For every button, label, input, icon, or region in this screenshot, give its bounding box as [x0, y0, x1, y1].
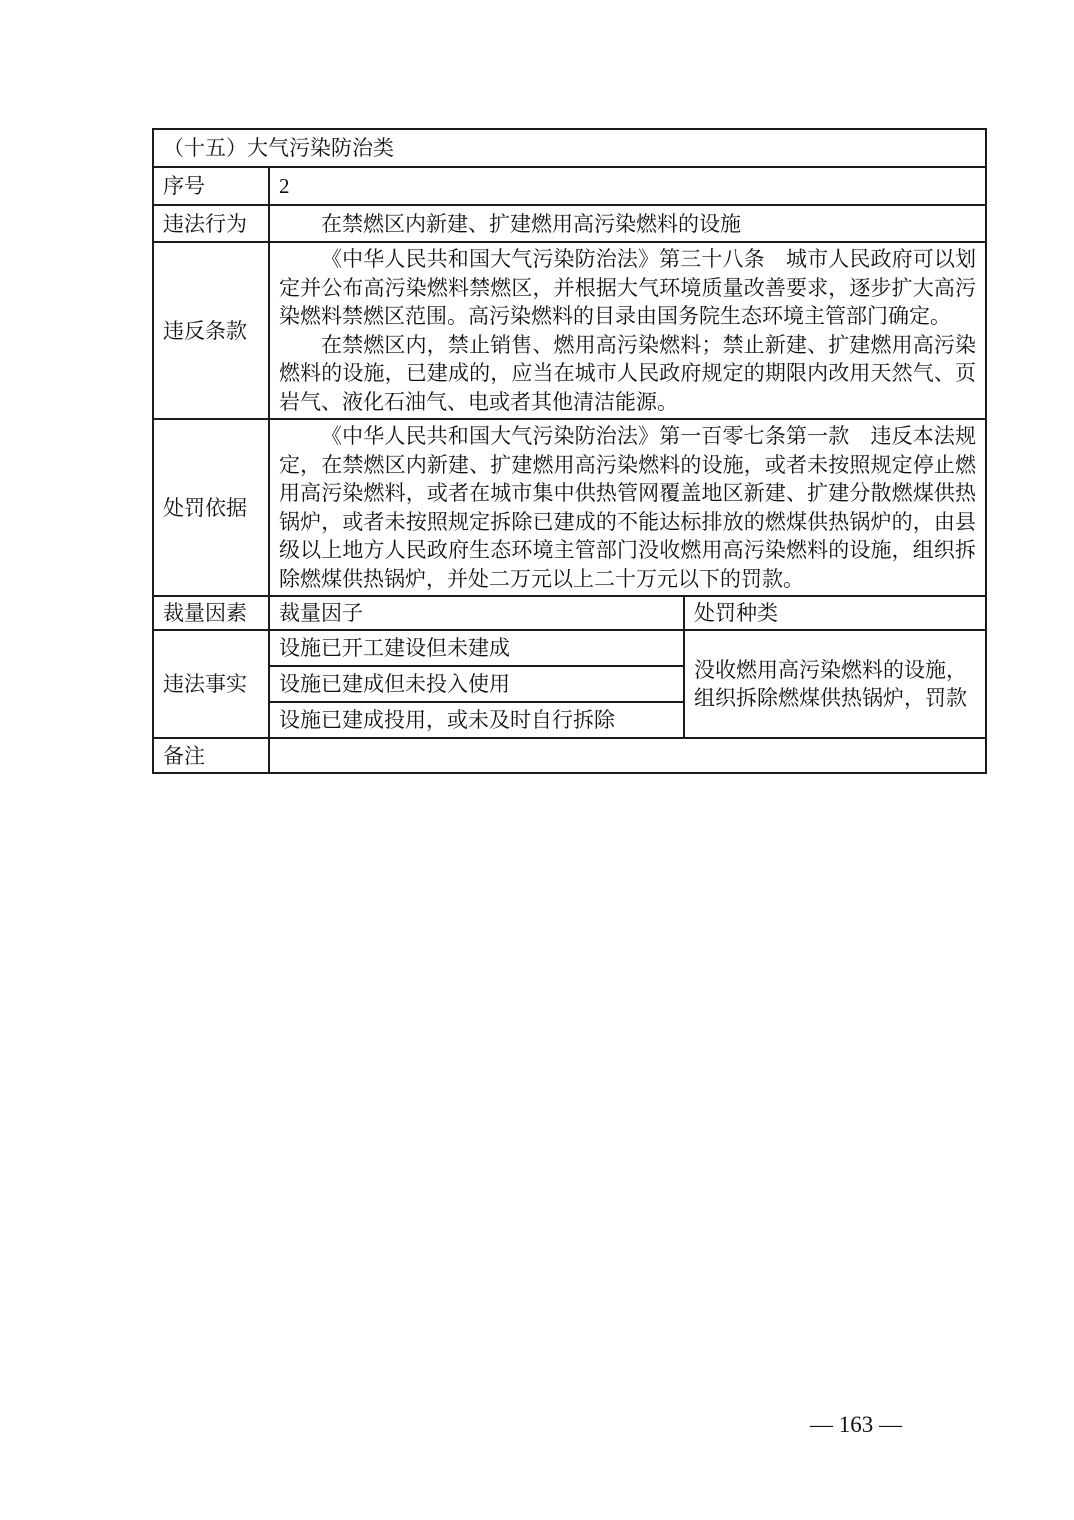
violated-clause-paragraph-2: 在禁燃区内，禁止销售、燃用高污染燃料；禁止新建、扩建燃用高污染燃料的设施，已建成…: [279, 331, 976, 417]
table-row: 违法事实 设施已开工建设但未建成 没收燃用高污染燃料的设施，组织拆除燃煤供热锅炉…: [153, 630, 986, 666]
illegal-fact-item-1: 设施已开工建设但未建成: [269, 630, 684, 666]
illegal-fact-item-2: 设施已建成但未投入使用: [269, 666, 684, 702]
serial-label: 序号: [153, 167, 269, 205]
table-row: 处罚依据 《中华人民共和国大气污染防治法》第一百零七条第一款 违反本法规定，在禁…: [153, 419, 986, 596]
document-page: { "table": { "category_header": "（十五）大气污…: [0, 0, 1074, 1520]
penalty-basis-text: 《中华人民共和国大气污染防治法》第一百零七条第一款 违反本法规定，在禁燃区内新建…: [269, 419, 986, 596]
discretion-factor-label: 裁量因素: [153, 596, 269, 630]
penalty-type-header: 处罚种类: [684, 596, 986, 630]
violated-clause-paragraph-1: 《中华人民共和国大气污染防治法》第三十八条 城市人民政府可以划定并公布高污染燃料…: [279, 245, 976, 331]
page-number: — 163 —: [788, 1412, 924, 1438]
table-row: 违反条款 《中华人民共和国大气污染防治法》第三十八条 城市人民政府可以划定并公布…: [153, 242, 986, 419]
table-row: 违法行为 在禁燃区内新建、扩建燃用高污染燃料的设施: [153, 205, 986, 242]
category-header-cell: （十五）大气污染防治类: [153, 129, 986, 167]
illegal-facts-label: 违法事实: [153, 630, 269, 738]
penalty-basis-paragraph-1: 《中华人民共和国大气污染防治法》第一百零七条第一款 违反本法规定，在禁燃区内新建…: [279, 422, 976, 593]
illegal-fact-item-3: 设施已建成投用，或未及时自行拆除: [269, 702, 684, 738]
violated-clause-label: 违反条款: [153, 242, 269, 419]
penalty-type-value: 没收燃用高污染燃料的设施，组织拆除燃煤供热锅炉，罚款: [684, 630, 986, 738]
serial-value: 2: [269, 167, 986, 205]
table-row: （十五）大气污染防治类: [153, 129, 986, 167]
discretion-factor-header: 裁量因子: [269, 596, 684, 630]
table-row: 备注: [153, 738, 986, 773]
remark-label: 备注: [153, 738, 269, 773]
table-row: 裁量因素 裁量因子 处罚种类: [153, 596, 986, 630]
remark-value: [269, 738, 986, 773]
penalty-basis-label: 处罚依据: [153, 419, 269, 596]
violated-clause-text: 《中华人民共和国大气污染防治法》第三十八条 城市人民政府可以划定并公布高污染燃料…: [269, 242, 986, 419]
illegal-act-value: 在禁燃区内新建、扩建燃用高污染燃料的设施: [269, 205, 986, 242]
table-row: 序号 2: [153, 167, 986, 205]
regulation-table: （十五）大气污染防治类 序号 2 违法行为 在禁燃区内新建、扩建燃用高污染燃料的…: [152, 128, 987, 774]
illegal-act-label: 违法行为: [153, 205, 269, 242]
